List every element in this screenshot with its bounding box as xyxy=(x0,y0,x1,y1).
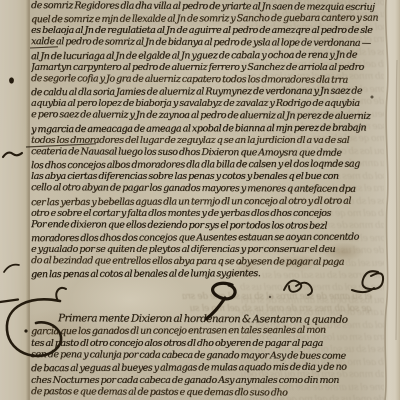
paragraph-1: de somriz Regidores dla dha villa al ped… xyxy=(31,1,388,281)
manuscript-line: garcia que los ganados dl un concejo ent… xyxy=(31,325,388,339)
manuscript-line: gen las penas al cotos al benales al de … xyxy=(31,268,388,282)
bleed-line: ael mo qe sol ab mes sra de onel us sb xyxy=(0,282,400,294)
manuscript-line: moradores dlos dhos dos concejos que Aus… xyxy=(31,231,388,245)
manuscript-line: xalde al pedro de somriz al Jn de bidany… xyxy=(31,37,388,51)
manuscript-line: al Jn de lucuriaga al Jn de elgalde al J… xyxy=(31,49,388,63)
manuscript-line: tes al pasto dl otro concejo alos otros … xyxy=(31,338,388,350)
manuscript-line: cello al otro abyan de pagar los ganados… xyxy=(31,182,388,196)
manuscript-line: de bacas al yeguas al bueyes y almagas d… xyxy=(31,362,388,376)
manuscript-line: todos los dmoradores del lugar de zeguyl… xyxy=(31,135,388,147)
rubric-flourish-icon xyxy=(284,281,312,295)
paragraph-initial-tail xyxy=(56,288,66,301)
bleed-line: sm ou los sb oeu sel ab mnos de sra el xyxy=(0,295,400,307)
bleed-line: el su anne de sae mros el sb us sal one … xyxy=(42,291,372,303)
paragraph-2: Primera mente Dixieron al hordenaron & A… xyxy=(31,313,388,399)
manuscript-page-photo: sm ou los sb oeu sel ab mnos de sra elel… xyxy=(0,0,400,400)
page-crease xyxy=(26,0,30,400)
manuscript-line: y mgarcia de ameacaga de ameaga al xpoba… xyxy=(31,122,388,136)
page-edge-right xyxy=(384,0,400,400)
manuscript-line: cer las yerbas y bebellas aguas dla un t… xyxy=(31,195,388,209)
ink-speck-icon xyxy=(269,296,271,298)
manuscript-line: e pero saez de aluerniz y Jn de zaynoa a… xyxy=(31,109,388,123)
manuscript-line: los dhos concejos albos dmoradores dla d… xyxy=(31,158,388,172)
manuscript-line: quel de somriz e mjn de llexalde al Jn d… xyxy=(31,13,388,27)
manuscript-line: de pastos e que demas al de pastos e que… xyxy=(31,386,388,400)
manuscript-line: Jamartyn carpyntero al pedro de aluerniz… xyxy=(31,62,388,74)
manuscript-line: otro e sobre el cortar y falta dlos mont… xyxy=(31,208,388,220)
manuscript-line: ches Nocturnes por cada cabeca de ganado… xyxy=(31,375,388,387)
manuscript-line: de caldu al dla soria Jamies de aluerniz… xyxy=(31,86,388,100)
adjacent-page-edge xyxy=(0,0,30,400)
